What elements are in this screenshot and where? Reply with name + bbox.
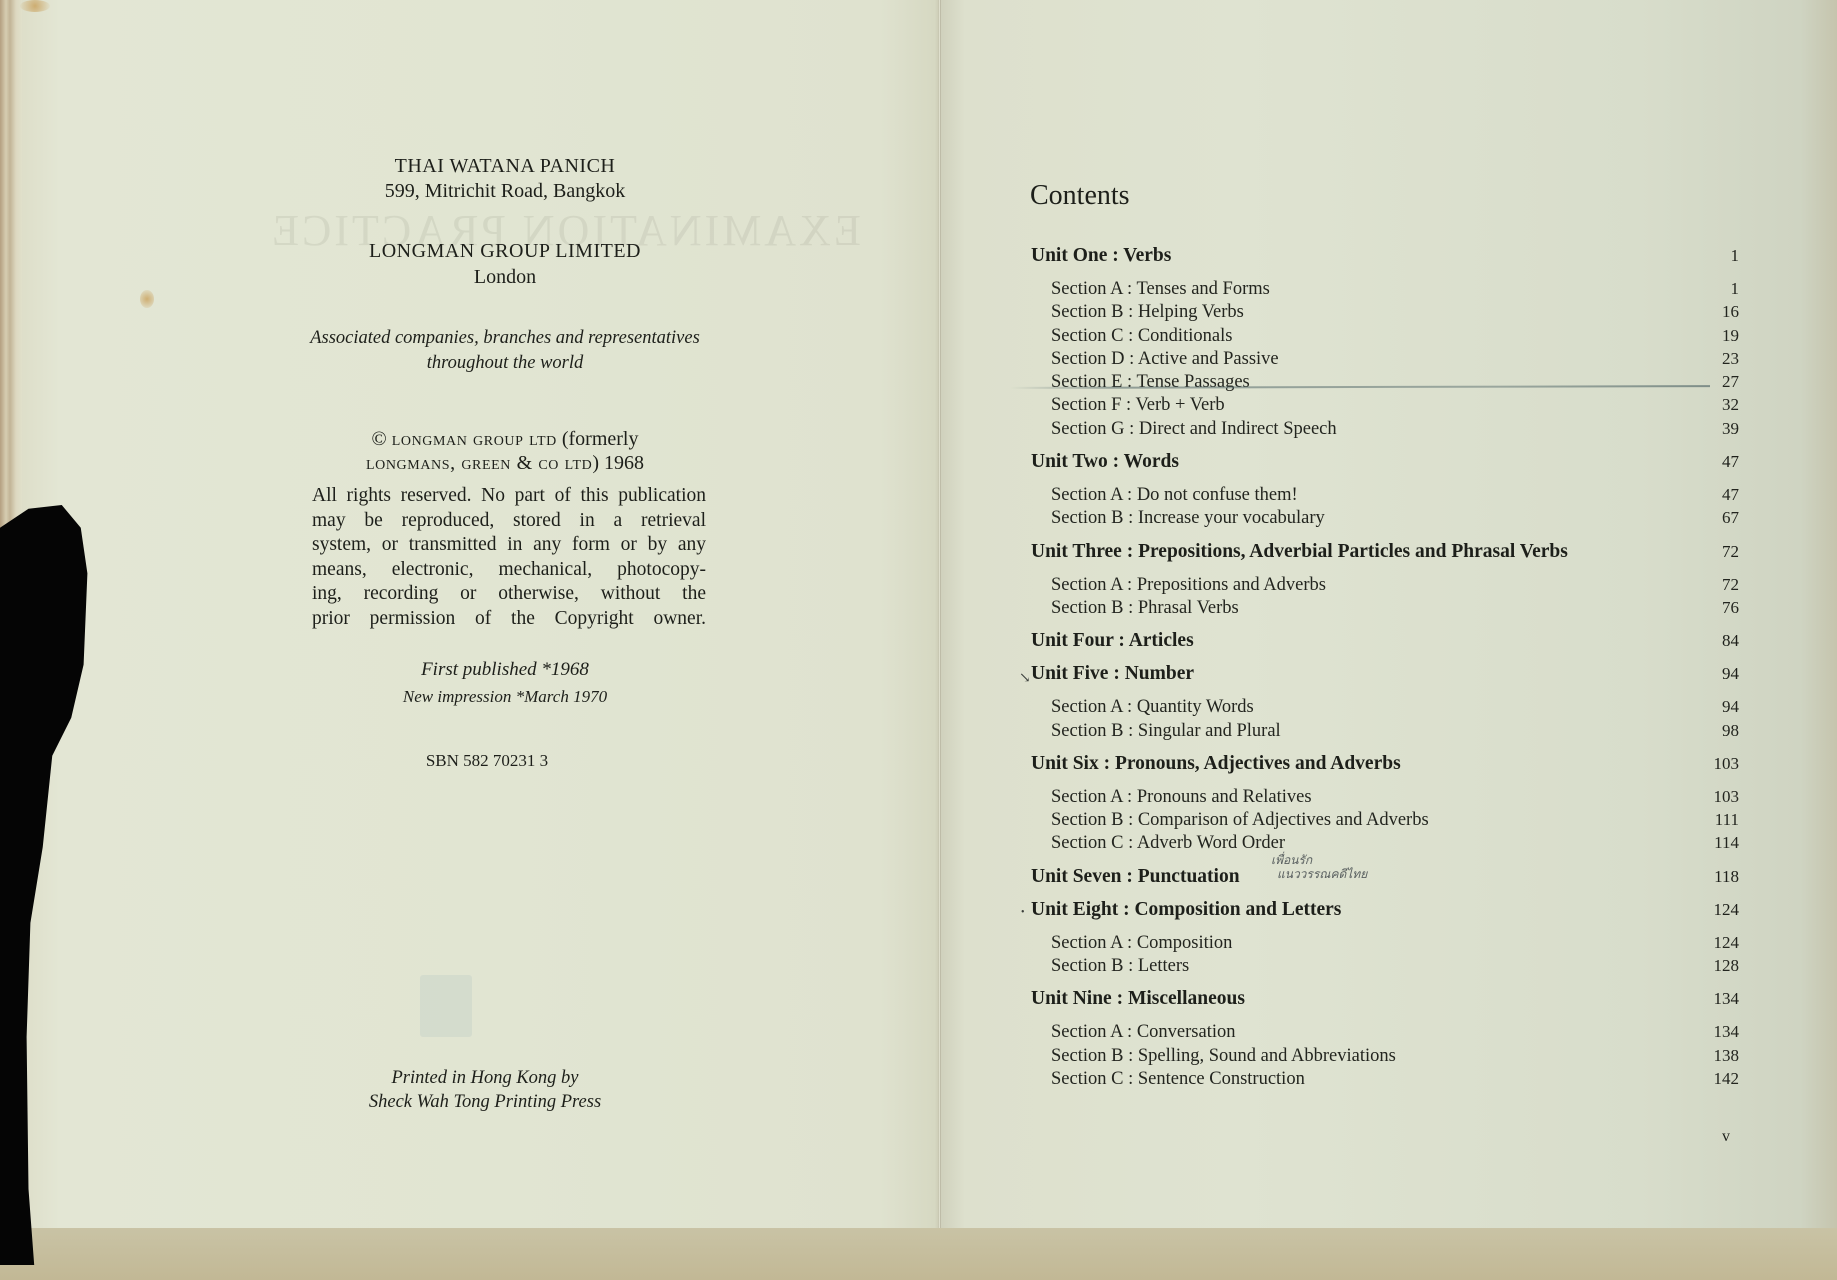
- toc-section-row: Section A : Do not confuse them!47: [1031, 483, 1739, 506]
- toc-section-row: Section C : Adverb Word Order114: [1031, 831, 1739, 854]
- toc-unit-row: Unit Six : Pronouns, Adjectives and Adve…: [1031, 752, 1739, 775]
- publisher-address-thai: 599, Mitrichit Road, Bangkok: [280, 179, 730, 204]
- toc-section-row: Section B : Helping Verbs16: [1031, 300, 1739, 323]
- copyright-former-holder: longmans, green & co ltd: [366, 452, 592, 474]
- first-published: First published *1968: [280, 657, 730, 682]
- toc-unit-label: Unit Five : Number: [1031, 662, 1194, 685]
- toc-section-label: Section A : Pronouns and Relatives: [1051, 786, 1312, 809]
- toc-section-page: 19: [1699, 324, 1739, 347]
- toc-unit-label: Unit Six : Pronouns, Adjectives and Adve…: [1031, 752, 1401, 775]
- toc-unit-page: 118: [1699, 865, 1739, 888]
- toc-section-row: Section B : Increase your vocabulary67: [1031, 506, 1739, 529]
- rights-line: means, electronic, mechanical, photocopy…: [312, 558, 706, 583]
- toc-unit-label: Unit Eight : Composition and Letters: [1031, 898, 1341, 921]
- toc-section-page: 128: [1699, 954, 1739, 977]
- toc-section-label: Section A : Conversation: [1051, 1021, 1235, 1044]
- toc-section-label: Section B : Comparison of Adjectives and…: [1051, 809, 1429, 832]
- paper-stain: [140, 290, 154, 308]
- toc-section-row: Section A : Prepositions and Adverbs72: [1031, 573, 1739, 596]
- handwritten-note-line: เพื่อนรัก: [1265, 853, 1367, 867]
- toc-section-page: 1: [1699, 277, 1739, 300]
- toc-unit-label: Unit Seven : Punctuation: [1031, 865, 1240, 888]
- toc-unit-row: Unit Four : Articles84: [1031, 629, 1739, 652]
- publisher-name-longman: LONGMAN GROUP LIMITED: [280, 239, 730, 264]
- toc-section-label: Section B : Letters: [1051, 955, 1189, 978]
- toc-unit-page: 47: [1699, 450, 1739, 473]
- toc-section-page: 98: [1699, 719, 1739, 742]
- toc-section-label: Section A : Prepositions and Adverbs: [1051, 574, 1326, 597]
- toc-section-row: Section B : Phrasal Verbs76: [1031, 596, 1739, 619]
- associated-line-1: Associated companies, branches and repre…: [280, 326, 730, 351]
- toc-section-row: Section C : Conditionals19: [1031, 324, 1739, 347]
- toc-section-page: 142: [1699, 1067, 1739, 1090]
- toc-section-page: 94: [1699, 695, 1739, 718]
- toc-section-row: Section A : Tenses and Forms1: [1031, 277, 1739, 300]
- toc-section-page: 16: [1699, 300, 1739, 323]
- toc-section-row: Section B : Letters128: [1031, 954, 1739, 977]
- page-number: v: [1722, 1128, 1730, 1146]
- toc-unit-label: Unit Nine : Miscellaneous: [1031, 987, 1245, 1010]
- toc-unit-page: 103: [1699, 752, 1739, 775]
- toc-unit-label: Unit Four : Articles: [1031, 629, 1194, 652]
- toc-section-label: Section B : Helping Verbs: [1051, 301, 1244, 324]
- toc-section-label: Section B : Spelling, Sound and Abbrevia…: [1051, 1045, 1396, 1068]
- new-impression: New impression *March 1970: [280, 684, 730, 709]
- toc-section-label: Section C : Sentence Construction: [1051, 1068, 1305, 1091]
- printer-line-2: Sheck Wah Tong Printing Press: [260, 1090, 710, 1115]
- toc-unit-row: Unit Nine : Miscellaneous134: [1031, 987, 1739, 1010]
- sbn-number: SBN 582 70231 3: [262, 748, 712, 773]
- toc-unit-label: Unit Three : Prepositions, Adverbial Par…: [1031, 540, 1568, 563]
- toc-section-row: Section G : Direct and Indirect Speech39: [1031, 417, 1739, 440]
- toc-section-page: 67: [1699, 506, 1739, 529]
- paper-stain: [20, 0, 50, 12]
- toc-section-row: Section A : Pronouns and Relatives103: [1031, 785, 1739, 808]
- toc-section-label: Section A : Tenses and Forms: [1051, 278, 1270, 301]
- copyright-line-1: © longman group ltd (formerly: [280, 427, 730, 452]
- publisher-name-thai: THAI WATANA PANICH: [280, 154, 730, 179]
- toc-unit-row: Unit Two : Words47: [1031, 450, 1739, 473]
- toc-section-page: 39: [1699, 417, 1739, 440]
- toc-unit-page: 124: [1699, 898, 1739, 921]
- rights-line: ing, recording or otherwise, without the: [312, 582, 706, 607]
- handwritten-note: เพื่อนรัก แนววรรณคดีไทย: [1265, 853, 1367, 881]
- pencil-dot-mark: •: [1021, 907, 1025, 918]
- toc-section-row: Section E : Tense Passages27: [1031, 370, 1739, 393]
- toc-section-page: 72: [1699, 573, 1739, 596]
- toc-unit-label: Unit One : Verbs: [1031, 244, 1171, 267]
- associated-line-2: throughout the world: [280, 351, 730, 376]
- toc-section-label: Section B : Increase your vocabulary: [1051, 507, 1325, 530]
- rights-line: system, or transmitted in any form or by…: [312, 533, 706, 558]
- toc-section-page: 47: [1699, 483, 1739, 506]
- toc-section-row: Section A : Quantity Words94: [1031, 695, 1739, 718]
- toc-section-row: Section A : Composition124: [1031, 931, 1739, 954]
- copyright-holder: longman group ltd: [392, 428, 557, 450]
- table-of-contents: Unit One : Verbs1Section A : Tenses and …: [1031, 244, 1739, 1100]
- toc-section-page: 134: [1699, 1020, 1739, 1043]
- copyright-line-2-rest: ) 1968: [592, 452, 644, 474]
- toc-unit-row: Unit Seven : Punctuation118: [1031, 865, 1739, 888]
- toc-section-page: 32: [1699, 393, 1739, 416]
- printer-line-1: Printed in Hong Kong by: [260, 1066, 710, 1091]
- rights-line: All rights reserved. No part of this pub…: [312, 484, 706, 509]
- toc-section-label: Section A : Do not confuse them!: [1051, 484, 1298, 507]
- toc-section-label: Section C : Adverb Word Order: [1051, 832, 1285, 855]
- bleed-through-stamp: [420, 975, 472, 1037]
- toc-section-page: 124: [1699, 931, 1739, 954]
- pencil-tick-mark: ↘: [1019, 670, 1031, 687]
- toc-unit-page: 134: [1699, 987, 1739, 1010]
- toc-section-row: Section B : Spelling, Sound and Abbrevia…: [1031, 1044, 1739, 1067]
- toc-unit-label: Unit Two : Words: [1031, 450, 1179, 473]
- toc-section-row: Section B : Comparison of Adjectives and…: [1031, 808, 1739, 831]
- toc-unit-page: 94: [1699, 662, 1739, 685]
- book-gutter: [938, 0, 941, 1240]
- toc-section-row: Section B : Singular and Plural98: [1031, 719, 1739, 742]
- toc-section-label: Section B : Phrasal Verbs: [1051, 597, 1239, 620]
- toc-section-page: 138: [1699, 1044, 1739, 1067]
- handwritten-note-line: แนววรรณคดีไทย: [1265, 867, 1367, 881]
- toc-section-label: Section A : Composition: [1051, 932, 1232, 955]
- rights-statement: All rights reserved. No part of this pub…: [312, 484, 706, 632]
- toc-section-row: Section F : Verb + Verb32: [1031, 393, 1739, 416]
- toc-section-page: 111: [1699, 808, 1739, 831]
- toc-unit-row: Unit Three : Prepositions, Adverbial Par…: [1031, 540, 1739, 563]
- toc-unit-row: Unit One : Verbs1: [1031, 244, 1739, 267]
- toc-unit-page: 84: [1699, 629, 1739, 652]
- copyright-line-2: longmans, green & co ltd) 1968: [280, 451, 730, 476]
- copyright-line-1-rest: (formerly: [557, 428, 639, 450]
- rights-line: may be reproduced, stored in a retrieval: [312, 509, 706, 534]
- toc-section-row: Section C : Sentence Construction142: [1031, 1067, 1739, 1090]
- publisher-city-longman: London: [280, 265, 730, 290]
- toc-unit-page: 72: [1699, 540, 1739, 563]
- toc-section-page: 76: [1699, 596, 1739, 619]
- toc-section-page: 27: [1699, 370, 1739, 393]
- toc-section-page: 23: [1699, 347, 1739, 370]
- toc-section-page: 103: [1699, 785, 1739, 808]
- toc-section-label: Section B : Singular and Plural: [1051, 720, 1281, 743]
- toc-section-label: Section C : Conditionals: [1051, 325, 1232, 348]
- page-bottom-edge: [0, 1228, 1837, 1280]
- contents-title: Contents: [1030, 180, 1130, 212]
- toc-section-label: Section A : Quantity Words: [1051, 696, 1254, 719]
- toc-unit-page: 1: [1699, 244, 1739, 267]
- toc-section-page: 114: [1699, 831, 1739, 854]
- toc-section-row: Section D : Active and Passive23: [1031, 347, 1739, 370]
- toc-unit-row: Unit Five : Number94: [1031, 662, 1739, 685]
- toc-unit-row: Unit Eight : Composition and Letters124: [1031, 898, 1739, 921]
- toc-section-label: Section D : Active and Passive: [1051, 348, 1279, 371]
- toc-section-label: Section G : Direct and Indirect Speech: [1051, 418, 1337, 441]
- rights-line: prior permission of the Copyright owner.: [312, 607, 706, 632]
- toc-section-label: Section E : Tense Passages: [1051, 371, 1250, 394]
- copyright-symbol: ©: [372, 428, 387, 450]
- toc-section-row: Section A : Conversation134: [1031, 1020, 1739, 1043]
- toc-section-label: Section F : Verb + Verb: [1051, 394, 1225, 417]
